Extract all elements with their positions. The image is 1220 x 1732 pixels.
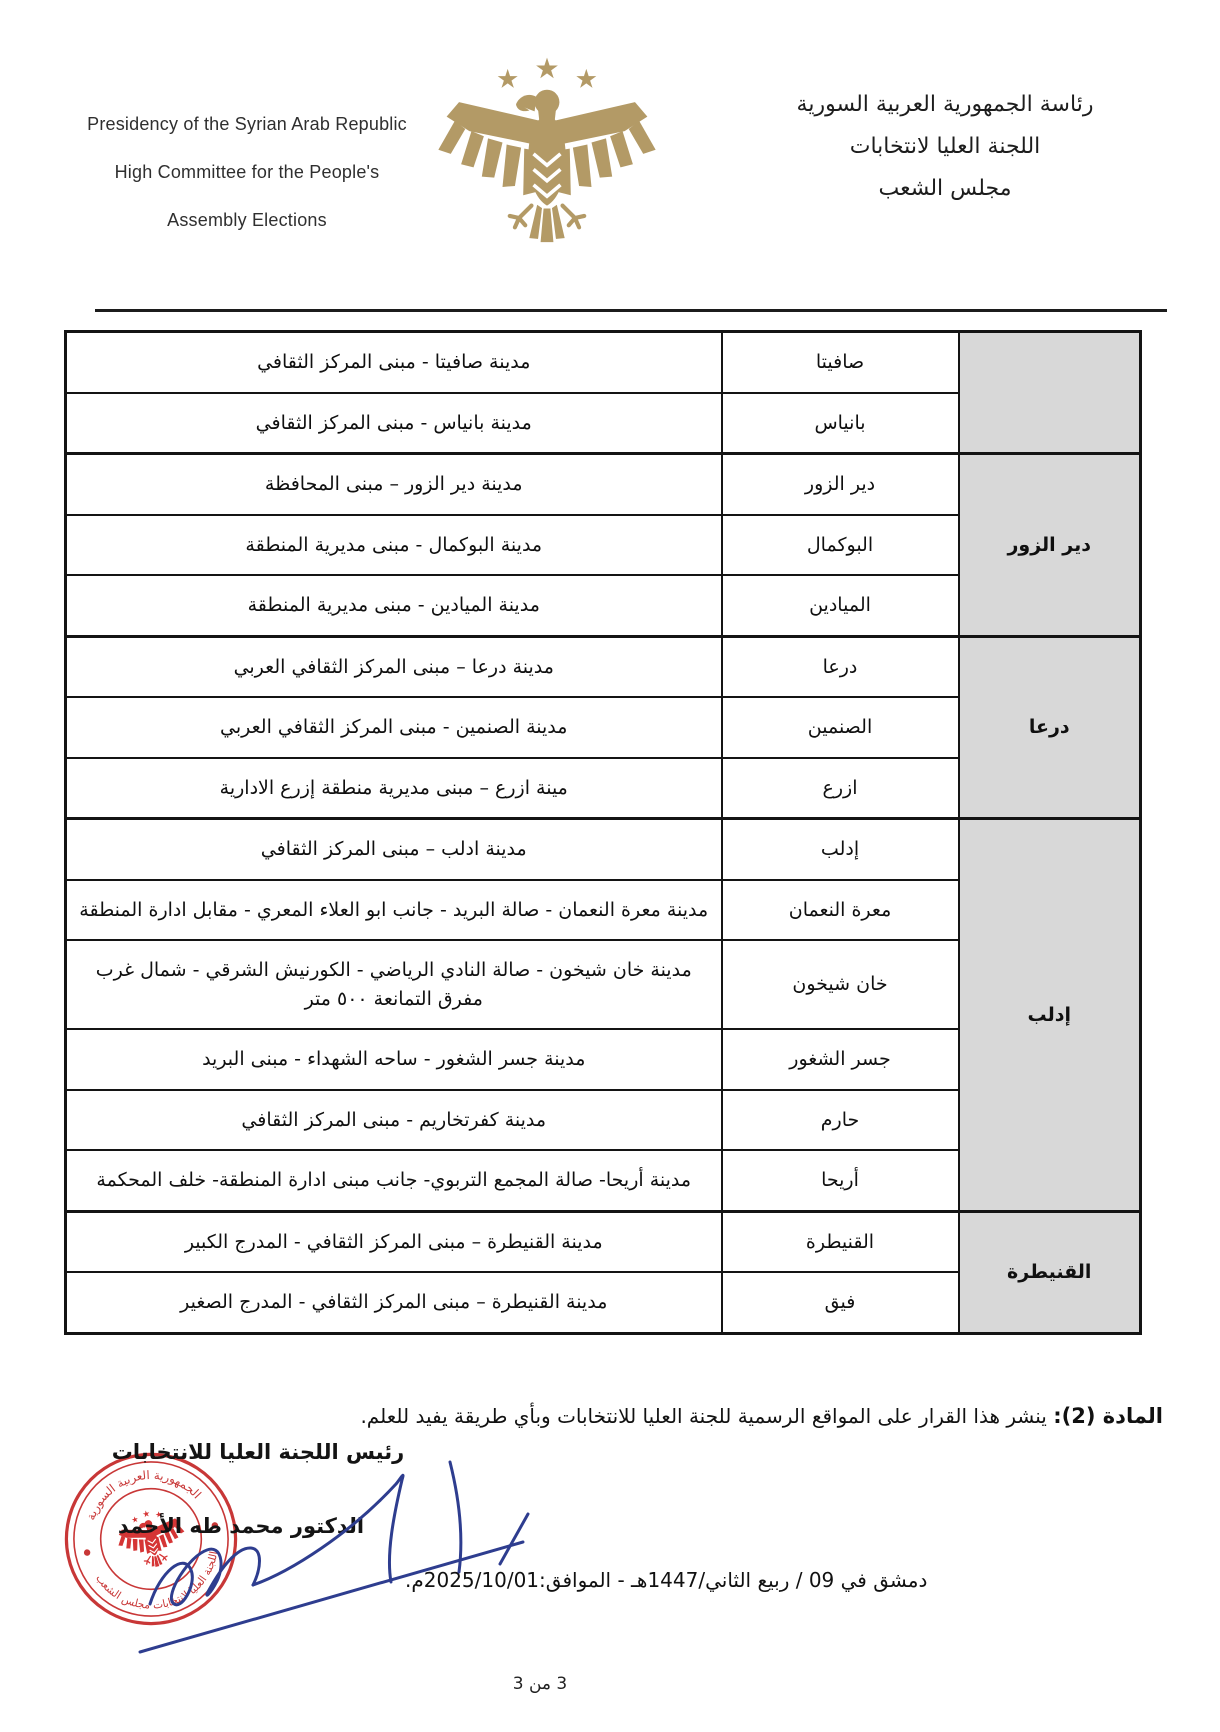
city-cell: خان شيخون [722,940,959,1029]
city-cell: دير الزور [722,454,959,515]
article-label: المادة (2): [1053,1404,1163,1428]
article-2-text: المادة (2): ينشر هذا القرار على المواقع … [53,1404,1163,1428]
letterhead-line: High Committee for the People's [52,148,442,196]
table-row: صافيتامدينة صافيتا - مبنى المركز الثقافي [66,332,1141,393]
eagle-emblem-icon [428,52,666,264]
city-cell: حارم [722,1090,959,1151]
letterhead-line: مجلس الشعب [700,168,1190,210]
polling-location-cell: مدينة بانياس - مبنى المركز الثقافي [66,393,722,454]
city-cell: فيق [722,1272,959,1333]
table-row: درعادرعامدينة درعا – مبنى المركز الثقافي… [66,636,1141,697]
polling-location-cell: مدينة القنيطرة – مبنى المركز الثقافي - ا… [66,1211,722,1272]
city-cell: القنيطرة [722,1211,959,1272]
arabic-letterhead: رئاسة الجمهورية العربية السورية اللجنة ا… [700,84,1190,210]
polling-location-cell: مدينة صافيتا - مبنى المركز الثقافي [66,332,722,393]
table-row: دير الزوردير الزورمدينة دير الزور – مبنى… [66,454,1141,515]
polling-location-cell: مدينة درعا – مبنى المركز الثقافي العربي [66,636,722,697]
handwritten-signature [128,1452,568,1667]
city-cell: صافيتا [722,332,959,393]
page-number: 3 من 3 [0,1674,1080,1694]
polling-location-cell: مدينة الصنمين - مبنى المركز الثقافي العر… [66,697,722,758]
governorate-cell: القنيطرة [959,1211,1141,1333]
table-row: القنيطرةالقنيطرةمدينة القنيطرة – مبنى ال… [66,1211,1141,1272]
city-cell: ازرع [722,758,959,819]
city-cell: معرة النعمان [722,880,959,941]
city-cell: البوكمال [722,515,959,576]
governorate-cell: درعا [959,636,1141,819]
polling-locations-table: صافيتامدينة صافيتا - مبنى المركز الثقافي… [64,330,1142,1335]
city-cell: الميادين [722,575,959,636]
polling-location-cell: مدينة جسر الشغور - ساحه الشهداء - مبنى ا… [66,1029,722,1090]
polling-location-cell: مدينة الميادين - مبنى مديرية المنطقة [66,575,722,636]
letterhead-line: اللجنة العليا لانتخابات [700,126,1190,168]
city-cell: جسر الشغور [722,1029,959,1090]
polling-location-cell: مدينة معرة النعمان - صالة البريد - جانب … [66,880,722,941]
governorate-cell: إدلب [959,819,1141,1212]
city-cell: أريحا [722,1150,959,1211]
header-divider [95,309,1167,312]
english-letterhead: Presidency of the Syrian Arab Republic H… [52,100,442,244]
city-cell: الصنمين [722,697,959,758]
city-cell: إدلب [722,819,959,880]
star-icon [536,58,558,79]
governorate-cell [959,332,1141,454]
polling-location-cell: مينة ازرع – مبنى مديرية منطقة إزرع الادا… [66,758,722,819]
star-icon [498,69,518,88]
polling-location-cell: مدينة خان شيخون - صالة النادي الرياضي - … [66,940,722,1029]
polling-location-cell: مدينة دير الزور – مبنى المحافظة [66,454,722,515]
letterhead-line: Presidency of the Syrian Arab Republic [52,100,442,148]
polling-location-cell: مدينة البوكمال - مبنى مديرية المنطقة [66,515,722,576]
polling-location-cell: مدينة ادلب – مبنى المركز الثقافي [66,819,722,880]
governorate-cell: دير الزور [959,454,1141,637]
city-cell: بانياس [722,393,959,454]
table-row: إدلبإدلبمدينة ادلب – مبنى المركز الثقافي [66,819,1141,880]
official-decree-page: Presidency of the Syrian Arab Republic H… [0,0,1220,1732]
city-cell: درعا [722,636,959,697]
letterhead-line: Assembly Elections [52,196,442,244]
polling-location-cell: مدينة أريحا- صالة المجمع التربوي- جانب م… [66,1150,722,1211]
star-icon [576,69,596,88]
polling-location-cell: مدينة القنيطرة – مبنى المركز الثقافي - ا… [66,1272,722,1333]
letterhead-line: رئاسة الجمهورية العربية السورية [700,84,1190,126]
polling-location-cell: مدينة كفرتخاريم - مبنى المركز الثقافي [66,1090,722,1151]
